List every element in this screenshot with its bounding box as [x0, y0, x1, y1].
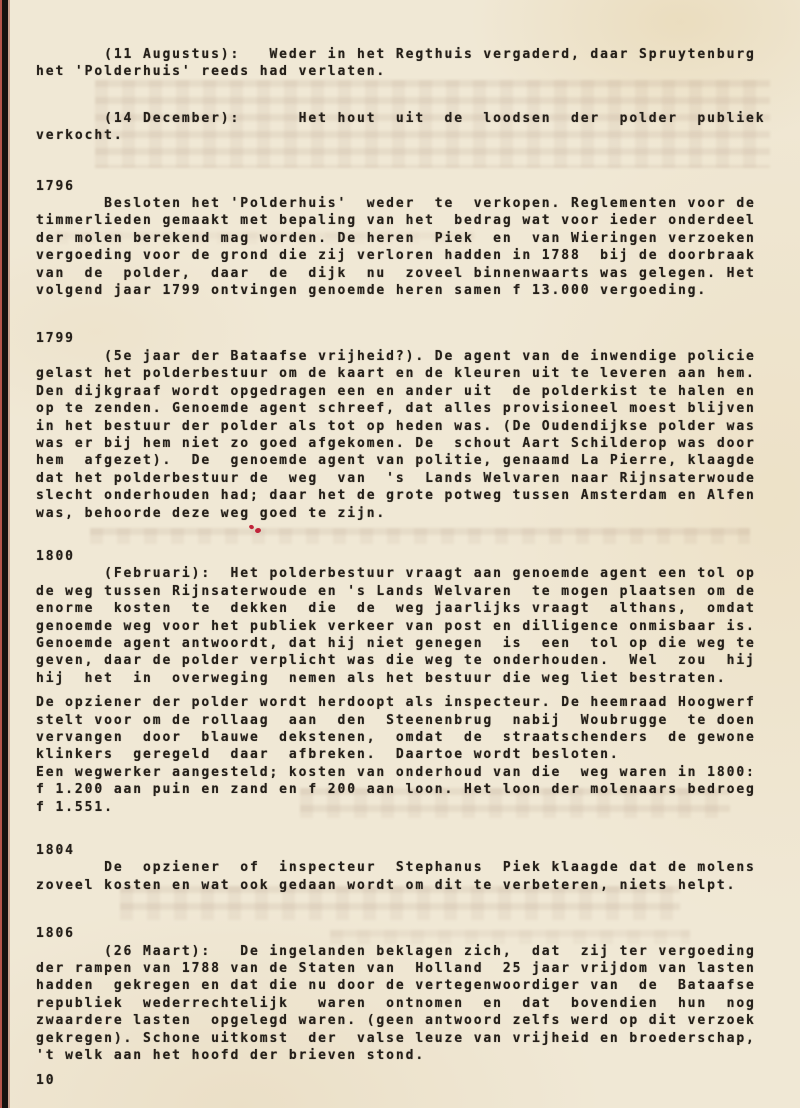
year-heading-1804: 1804 — [36, 842, 772, 859]
paragraph-1796: Besloten het 'Polderhuis' weder te verko… — [36, 195, 772, 299]
book-spine-edge — [0, 0, 11, 1108]
year-heading-1796: 1796 — [36, 178, 772, 195]
paragraph-1806-26-maart: (26 Maart): De ingelanden beklagen zich,… — [36, 943, 772, 1065]
paragraph-opziener-wegwerker: De opziener der polder wordt herdoopt al… — [36, 694, 772, 816]
year-heading-1806: 1806 — [36, 925, 772, 942]
scanned-document-page: { "colors": { "paper": "#f0e8d5", "ink":… — [0, 0, 800, 1108]
paragraph-1799: (5e jaar der Bataafse vrijheid?). De age… — [36, 348, 772, 522]
year-heading-1799: 1799 — [36, 330, 772, 347]
paragraph-14-december: (14 December): Het hout uit de loodsen d… — [36, 110, 772, 145]
page-number: 10 — [36, 1072, 772, 1089]
paragraph-1800-februari: (Februari): Het polderbestuur vraagt aan… — [36, 565, 772, 687]
year-heading-1800: 1800 — [36, 548, 772, 565]
page-body: (11 Augustus): Weder in het Regthuis ver… — [0, 0, 800, 1089]
paragraph-11-augustus: (11 Augustus): Weder in het Regthuis ver… — [36, 46, 772, 81]
paragraph-1804: De opziener of inspecteur Stephanus Piek… — [36, 859, 772, 894]
